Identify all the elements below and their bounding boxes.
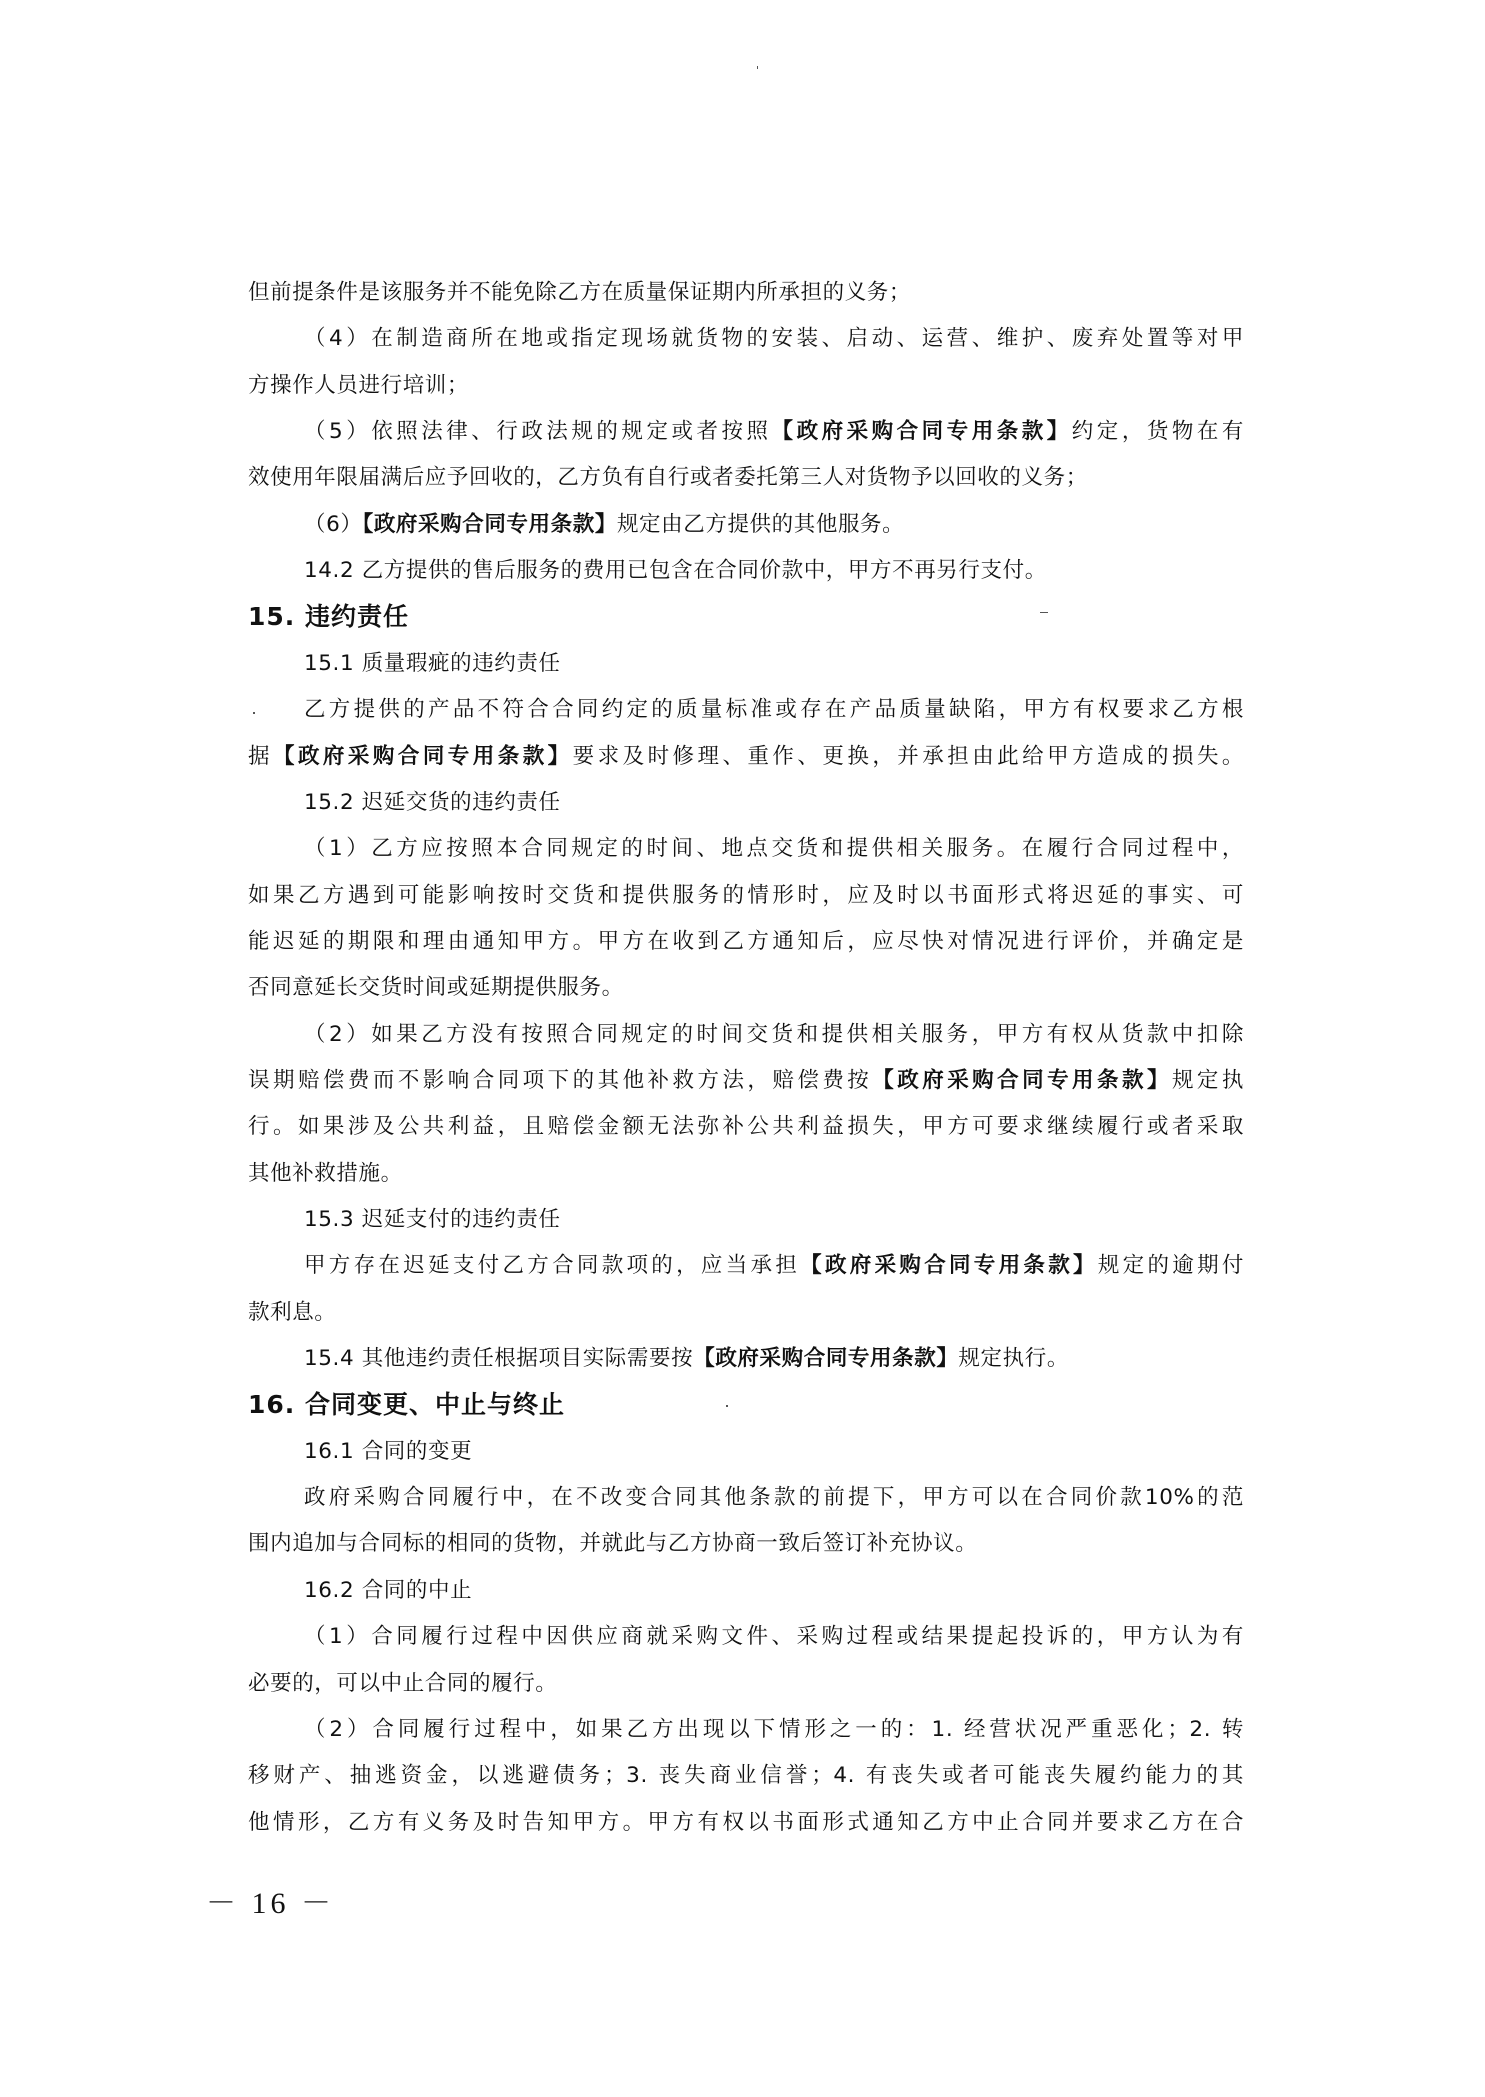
text-line: 据【政府采购合同专用条款】要求及时修理、重作、更换，并承担由此给甲方造成的损失。 xyxy=(248,741,1244,773)
subsection-heading: 15.3 迟延支付的违约责任 xyxy=(304,1204,1304,1236)
text-segment: 误期赔偿费而不影响合同项下的其他补救方法，赔偿费按 xyxy=(248,1068,872,1093)
text-segment: 据 xyxy=(248,744,273,769)
text-line: 围内追加与合同标的相同的货物，并就此与乙方协商一致后签订补充协议。 xyxy=(248,1528,1248,1560)
scan-speck xyxy=(726,1405,728,1407)
text-line: （5）依照法律、行政法规的规定或者按照【政府采购合同专用条款】约定，货物在有 xyxy=(304,416,1244,448)
text-segment: 规定的逾期付 xyxy=(1098,1253,1244,1278)
scan-speck xyxy=(253,712,255,714)
text-line: 误期赔偿费而不影响合同项下的其他补救方法，赔偿费按【政府采购合同专用条款】规定执 xyxy=(248,1065,1244,1097)
text-line: （2）合同履行过程中，如果乙方出现以下情形之一的：1. 经营状况严重恶化；2. … xyxy=(304,1714,1244,1746)
text-line: （6）【政府采购合同专用条款】规定由乙方提供的其他服务。 xyxy=(304,509,1304,541)
text-segment: 要求及时修理、重作、更换，并承担由此给甲方造成的损失。 xyxy=(573,744,1244,769)
text-segment: 规定执 xyxy=(1172,1068,1244,1093)
page-number: － 16 － xyxy=(206,1878,335,1922)
text-line: 能迟延的期限和理由通知甲方。甲方在收到乙方通知后，应尽快对情况进行评价，并确定是 xyxy=(248,926,1244,958)
text-line: 他情形，乙方有义务及时告知甲方。甲方有权以书面形式通知乙方中止合同并要求乙方在合 xyxy=(248,1807,1244,1839)
text-line: 政府采购合同履行中，在不改变合同其他条款的前提下，甲方可以在合同价款10%的范 xyxy=(304,1482,1244,1514)
text-line: 行。如果涉及公共利益，且赔偿金额无法弥补公共利益损失，甲方可要求继续履行或者采取 xyxy=(248,1111,1244,1143)
text-line: 方操作人员进行培训； xyxy=(248,370,1248,402)
document-page: 但前提条件是该服务并不能免除乙方在质量保证期内所承担的义务；（4）在制造商所在地… xyxy=(0,0,1485,2097)
text-segment: 甲方存在迟延支付乙方合同款项的，应当承担 xyxy=(304,1253,800,1278)
text-line: 但前提条件是该服务并不能免除乙方在质量保证期内所承担的义务； xyxy=(248,277,1248,309)
special-clause-reference: 【政府采购合同专用条款】 xyxy=(800,1253,1098,1278)
text-line: 其他补救措施。 xyxy=(248,1158,1248,1190)
scan-speck xyxy=(1040,612,1048,613)
section-heading: 16. 合同变更、中止与终止 xyxy=(248,1389,1248,1421)
special-clause-reference: 【政府采购合同专用条款】 xyxy=(693,1346,958,1371)
subsection-heading: 15.2 迟延交货的违约责任 xyxy=(304,787,1304,819)
text-line: 必要的，可以中止合同的履行。 xyxy=(248,1668,1248,1700)
text-line: 乙方提供的产品不符合合同约定的质量标准或存在产品质量缺陷，甲方有权要求乙方根 xyxy=(304,694,1244,726)
special-clause-reference: 【政府采购合同专用条款】 xyxy=(772,419,1072,444)
text-line: （2）如果乙方没有按照合同规定的时间交货和提供相关服务，甲方有权从货款中扣除 xyxy=(304,1019,1244,1051)
text-segment: （6） xyxy=(304,512,362,537)
text-line: （4）在制造商所在地或指定现场就货物的安装、启动、运营、维护、废弃处置等对甲 xyxy=(304,323,1244,355)
text-line: 款利息。 xyxy=(248,1297,1248,1329)
text-line: 移财产、抽逃资金，以逃避债务；3. 丧失商业信誉；4. 有丧失或者可能丧失履约能… xyxy=(248,1760,1244,1792)
text-line: （1）合同履行过程中因供应商就采购文件、采购过程或结果提起投诉的，甲方认为有 xyxy=(304,1621,1244,1653)
special-clause-reference: 【政府采购合同专用条款】 xyxy=(362,512,616,537)
text-line: 甲方存在迟延支付乙方合同款项的，应当承担【政府采购合同专用条款】规定的逾期付 xyxy=(304,1250,1244,1282)
text-line: 否同意延长交货时间或延期提供服务。 xyxy=(248,972,1248,1004)
text-segment: （5）依照法律、行政法规的规定或者按照 xyxy=(304,419,772,444)
text-segment: 约定，货物在有 xyxy=(1072,419,1244,444)
text-line: 效使用年限届满后应予回收的，乙方负有自行或者委托第三人对货物予以回收的义务； xyxy=(248,462,1248,494)
subsection-heading: 15.1 质量瑕疵的违约责任 xyxy=(304,648,1304,680)
text-line: 14.2 乙方提供的售后服务的费用已包含在合同价款中，甲方不再另行支付。 xyxy=(304,555,1304,587)
text-line: （1）乙方应按照本合同规定的时间、地点交货和提供相关服务。在履行合同过程中， xyxy=(304,833,1244,865)
text-segment: 规定执行。 xyxy=(958,1346,1069,1371)
text-line: 如果乙方遇到可能影响按时交货和提供服务的情形时，应及时以书面形式将迟延的事实、可 xyxy=(248,880,1244,912)
text-line: 15.4 其他违约责任根据项目实际需要按【政府采购合同专用条款】规定执行。 xyxy=(304,1343,1304,1375)
subsection-heading: 16.2 合同的中止 xyxy=(304,1575,1304,1607)
text-segment: 15.4 其他违约责任根据项目实际需要按 xyxy=(304,1346,693,1371)
text-segment: 规定由乙方提供的其他服务。 xyxy=(617,512,904,537)
section-heading: 15. 违约责任 xyxy=(248,601,1248,633)
subsection-heading: 16.1 合同的变更 xyxy=(304,1436,1304,1468)
special-clause-reference: 【政府采购合同专用条款】 xyxy=(872,1068,1172,1093)
special-clause-reference: 【政府采购合同专用条款】 xyxy=(273,744,573,769)
scan-speck xyxy=(757,66,758,69)
